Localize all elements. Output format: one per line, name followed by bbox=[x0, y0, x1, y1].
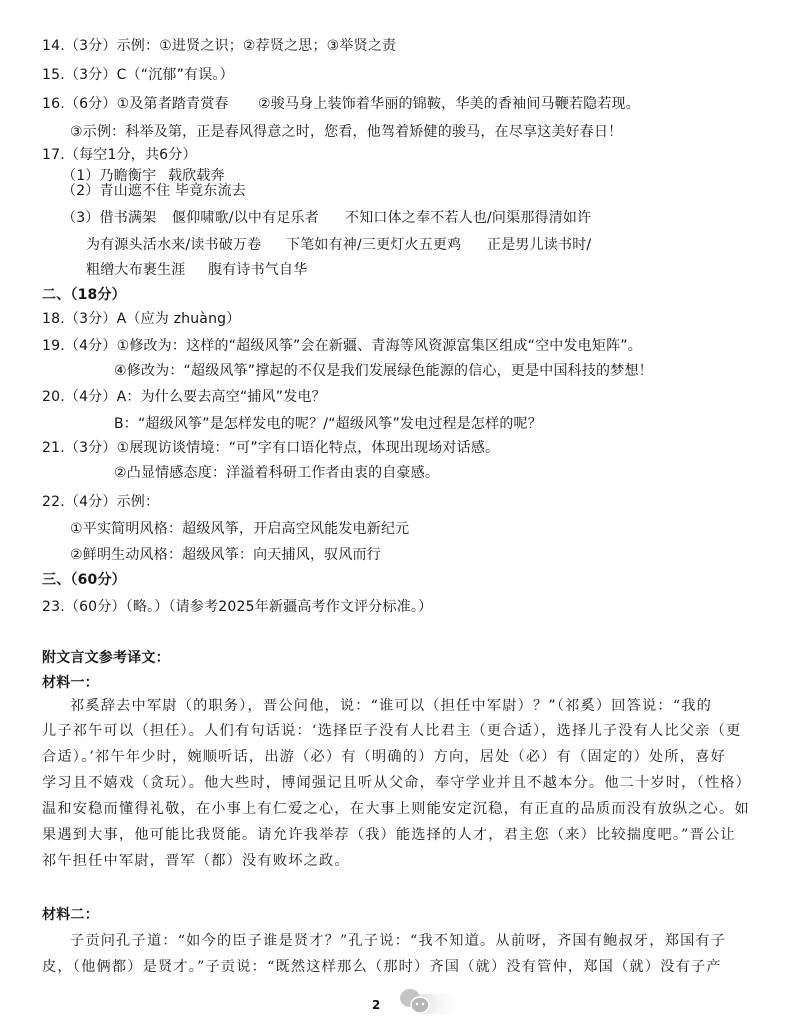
answer-22: 22.（4分）示例： bbox=[42, 493, 159, 511]
section-two-heading: 二、（18分） bbox=[42, 286, 126, 304]
answer-17-3g: 粗缯大布裹生涯 bbox=[86, 261, 185, 279]
material-one-title: 材料一： bbox=[42, 674, 99, 692]
answer-19-part1: 19.（4分）①修改为：这样的“超级风筝”会在新疆、青海等风资源富集区组成“空中… bbox=[42, 337, 642, 355]
answer-17-3e: 下笔如有神/三更灯火五更鸡 bbox=[286, 236, 461, 254]
answer-17-3f: 正是男儿读书时/ bbox=[487, 236, 591, 254]
answer-18: 18.（3分）A（应为 zhuàng） bbox=[42, 310, 240, 328]
material-one-line: 温和安稳而懂得礼敬，在小事上有仁爱之心，在大事上则能安定沉稳，有正直的品质而没有… bbox=[42, 800, 750, 818]
material-one-line: 学习且不嬉戏（贪玩）。他大些时，博闻强记且听从父命，奉守学业并且不越本分。他二十… bbox=[42, 774, 751, 792]
material-two-title: 材料二： bbox=[42, 906, 99, 924]
answer-22-example2: ②鲜明生动风格：超级风筝：向天捕风，驭风而行 bbox=[70, 546, 381, 564]
answer-17-2b: 毕竟东流去 bbox=[175, 182, 246, 200]
section-three-heading: 三、（60分） bbox=[42, 571, 126, 589]
appendix-title: 附文言文参考译文： bbox=[42, 649, 170, 667]
material-one-line: 果遇到大事，他可能比我贤能。请允许我举荐（我）能选择的人才，君主您（来）比较揣度… bbox=[42, 826, 736, 844]
answer-21-part2: ②凸显情感态度：洋溢着科研工作者由衷的自豪感。 bbox=[114, 464, 439, 482]
answer-17: 17.（每空1分，共6分） bbox=[42, 146, 197, 164]
answer-16-part2: ②骏马身上装饰着华丽的锦鞍，华美的香袖间马鞭若隐若现。 bbox=[258, 95, 640, 113]
answer-19-part2: ④修改为：“超级风筝”撑起的不仅是我们发展绿色能源的信心，更是中国科技的梦想！ bbox=[114, 362, 653, 380]
answer-15: 15.（3分）C（“沉郁”有误。） bbox=[42, 66, 234, 84]
answer-17-3b: 偃仰啸歌/以中有足乐者 bbox=[172, 209, 319, 227]
answer-22-example1: ①平实简明风格：超级风筝，开启高空风能发电新纪元 bbox=[70, 520, 409, 538]
material-two-line: 子贡问孔子道：“如今的臣子谁是贤才？”孔子说：“我不知道。从前呀，齐国有鲍叔牙，… bbox=[70, 932, 726, 950]
answer-16-part3: ③示例：科举及第，正是春风得意之时，您看，他驾着矫健的骏马，在尽享这美好春日！ bbox=[70, 123, 622, 141]
material-one-line: 合适）。’祁午年少时，婉顺听话，出游（必）有（明确的）方向，居处（必）有（固定的… bbox=[42, 748, 726, 766]
answer-16-part1: 16.（6分）①及第者踏青赏春 bbox=[42, 95, 229, 113]
answer-17-3h: 腹有诗书气自华 bbox=[208, 261, 307, 279]
material-one-line: 儿子祁午可以（担任）。人们有句话说：‘选择臣子没有人比君主（更合适），选择儿子没… bbox=[42, 722, 741, 740]
material-two-line: 皮，（他俩都）是贤才。”子贡说：“既然这样那么（那时）齐国（就）没有管仲，郑国（… bbox=[42, 958, 722, 976]
answer-17-3a: （3）借书满架 bbox=[62, 209, 156, 227]
wechat-watermark-icon bbox=[398, 986, 468, 1020]
answer-23: 23.（60分）（略。）（请参考2025年新疆高考作文评分标准。） bbox=[42, 598, 432, 616]
answer-14: 14.（3分）示例：①进贤之识；②荐贤之思；③举贤之责 bbox=[42, 37, 396, 55]
answer-20-part2: B：“超级风筝”是怎样发电的呢？/“超级风筝”发电过程是怎样的呢？ bbox=[114, 415, 542, 433]
answer-17-3d: 为有源头活水来/读书破万卷 bbox=[86, 236, 261, 254]
answer-17-3c: 不知口体之奉不若人也/问渠那得清如许 bbox=[345, 209, 591, 227]
page-number: 2 bbox=[372, 998, 380, 1012]
material-one-line: 祁午担任中军尉，晋军（都）没有败坏之政。 bbox=[42, 852, 350, 870]
answer-17-2a: （2）青山遮不住 bbox=[62, 182, 171, 200]
material-one-line: 祁奚辞去中军尉（的职务），晋公问他，说：“谁可以（担任中军尉）？”（祁奚）回答说… bbox=[70, 697, 712, 715]
answer-21-part1: 21.（3分）①展现访谈情境：“可”字有口语化特点，体现出现场对话感。 bbox=[42, 439, 499, 457]
answer-20-part1: 20.（4分）A：为什么要去高空“捕风”发电？ bbox=[42, 388, 326, 406]
